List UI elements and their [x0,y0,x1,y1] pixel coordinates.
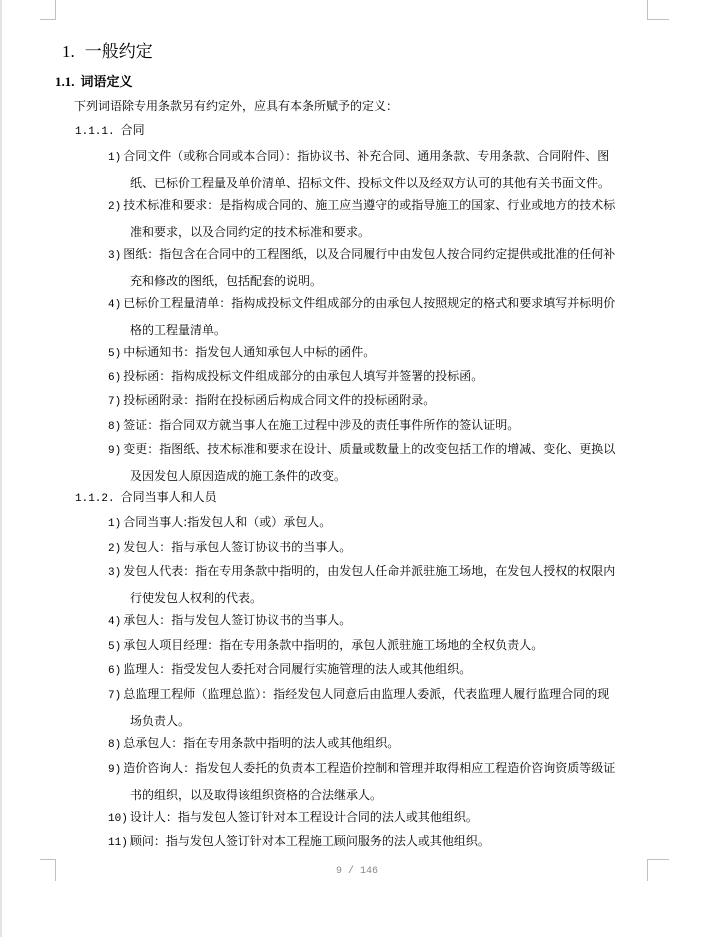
corner-mark-top-left [55,0,56,20]
item-text: 签证：指合同双方就当事人在施工过程中涉及的责任事件所作的签认证明。 [123,418,519,432]
list-item: 3)图纸：指包含在合同中的工程图纸，以及合同履行中由发包人按合同约定提供或批准的… [108,242,648,293]
item-text-continued: 行使发包人权利的代表。 [108,586,648,611]
page-left-border [0,0,2,937]
list-item: 6)投标函：指构成投标文件组成部分的由承包人填写并签署的投标函。 [108,364,648,391]
item-number: 6) [108,372,121,384]
item-text: 技术标准和要求：是指构成合同的、施工应当遵守的或指导施工的国家、行业或地方的技术… [123,198,615,212]
heading-2: 1.1.词语定义 [55,72,133,93]
item-text: 投标函附录：指附在投标函后构成合同文件的投标函附录。 [123,393,435,407]
item-text-continued: 充和修改的图纸，包括配套的说明。 [108,269,648,294]
item-number: 9) [108,445,121,457]
list-item: 8)签证：指合同双方就当事人在施工过程中涉及的责任事件所作的签认证明。 [108,413,648,440]
section-number: 1.1.2. [75,493,115,505]
item-number: 5) [108,348,121,360]
list-item: 10)设计人：指与发包人签订针对本工程设计合同的法人或其他组织。 [108,805,648,832]
item-text-continued: 格的工程量清单。 [108,318,648,343]
list-item: 2)发包人：指与承包人签订协议书的当事人。 [108,535,648,562]
item-number: 3) [108,567,121,579]
item-number: 1) [108,518,121,530]
item-number: 11) [108,837,128,849]
heading-2-title: 词语定义 [81,75,133,90]
item-number: 8) [108,739,121,751]
item-text: 承包人：指与发包人签订协议书的当事人。 [123,613,351,627]
heading-3-contract: 1.1.1.合同 [75,120,145,142]
list-item: 5)承包人项目经理：指在专用条款中指明的，承包人派驻施工场地的全权负责人。 [108,633,648,660]
heading-1-number: 1. [62,42,75,61]
item-number: 6) [108,665,121,677]
list-item: 9)变更：指图纸、技术标准和要求在设计、质量或数量上的改变包括工作的增减、变化、… [108,437,648,488]
item-number: 7) [108,396,121,408]
item-text: 顾问：指与发包人签订针对本工程施工顾问服务的法人或其他组织。 [130,834,490,848]
item-text: 图纸：指包含在合同中的工程图纸，以及合同履行中由发包人按合同约定提供或批准的任何… [123,247,615,261]
item-text: 总承包人：指在专用条款中指明的法人或其他组织。 [123,736,399,750]
list-item: 1)合同当事人:指发包人和（或）承包人。 [108,510,648,537]
section-title: 合同当事人和人员 [121,490,217,504]
item-number: 9) [108,764,121,776]
item-number: 7) [108,690,121,702]
page-indicator: 9 / 146 [0,866,714,877]
item-text-continued: 准和要求，以及合同约定的技术标准和要求。 [108,220,648,245]
item-text: 监理人：指受发包人委托对合同履行实施管理的法人或其他组织。 [123,662,471,676]
list-item: 4)承包人：指与发包人签订协议书的当事人。 [108,608,648,635]
list-item: 8)总承包人：指在专用条款中指明的法人或其他组织。 [108,731,648,758]
intro-paragraph: 下列词语除专用条款另有约定外，应具有本条所赋予的定义： [74,96,398,116]
item-text: 投标函：指构成投标文件组成部分的由承包人填写并签署的投标函。 [123,369,483,383]
list-item: 11)顾问：指与发包人签订针对本工程施工顾问服务的法人或其他组织。 [108,829,648,856]
item-text-continued: 书的组织，以及取得该组织资格的合法继承人。 [108,783,648,808]
item-number: 4) [108,616,121,628]
heading-1: 1.一般约定 [62,40,153,64]
item-text-continued: 场负责人。 [108,709,648,734]
corner-mark-top-left [40,19,56,20]
heading-3-parties: 1.1.2.合同当事人和人员 [75,487,217,509]
heading-1-title: 一般约定 [85,42,153,62]
corner-mark-top-right [647,19,669,20]
item-number: 4) [108,299,121,311]
list-item: 7)投标函附录：指附在投标函后构成合同文件的投标函附录。 [108,388,648,415]
item-text: 已标价工程量清单：指构成投标文件组成部分的由承包人按照规定的格式和要求填写并标明… [123,296,615,310]
item-text: 变更：指图纸、技术标准和要求在设计、质量或数量上的改变包括工作的增减、变化、更换… [123,442,615,456]
item-number: 3) [108,250,121,262]
item-number: 1) [108,152,121,164]
item-number: 2) [108,201,121,213]
list-item: 2)技术标准和要求：是指构成合同的、施工应当遵守的或指导施工的国家、行业或地方的… [108,193,648,244]
corner-mark-top-right [647,0,648,20]
list-item: 4)已标价工程量清单：指构成投标文件组成部分的由承包人按照规定的格式和要求填写并… [108,291,648,342]
item-number: 5) [108,641,121,653]
section-title: 合同 [121,123,145,137]
item-text: 合同当事人:指发包人和（或）承包人。 [123,515,331,529]
list-item: 9)造价咨询人：指发包人委托的负责本工程造价控制和管理并取得相应工程造价咨询资质… [108,756,648,807]
item-number: 8) [108,421,121,433]
item-text: 造价咨询人：指发包人委托的负责本工程造价控制和管理并取得相应工程造价咨询资质等级… [123,761,615,775]
list-item: 3)发包人代表：指在专用条款中指明的，由发包人任命并派驻施工场地，在发包人授权的… [108,559,648,610]
list-item: 7)总监理工程师（监理总监）：指经发包人同意后由监理人委派，代表监理人履行监理合… [108,682,648,733]
item-number: 2) [108,543,121,555]
corner-mark-bottom-left [40,859,56,860]
corner-mark-bottom-right [647,859,669,860]
heading-2-number: 1.1. [55,74,75,89]
item-text: 发包人：指与承包人签订协议书的当事人。 [123,540,351,554]
section-number: 1.1.1. [75,126,115,138]
item-text: 合同文件（或称合同或本合同）：指协议书、补充合同、通用条款、专用条款、合同附件、… [123,149,609,163]
item-text-continued: 及因发包人原因造成的施工条件的改变。 [108,464,648,489]
item-number: 10) [108,813,128,825]
list-item: 1)合同文件（或称合同或本合同）：指协议书、补充合同、通用条款、专用条款、合同附… [108,144,648,195]
item-text: 承包人项目经理：指在专用条款中指明的，承包人派驻施工场地的全权负责人。 [123,638,543,652]
item-text: 中标通知书：指发包人通知承包人中标的函件。 [123,345,375,359]
item-text: 发包人代表：指在专用条款中指明的，由发包人任命并派驻施工场地，在发包人授权的权限… [123,564,615,578]
item-text: 总监理工程师（监理总监）：指经发包人同意后由监理人委派，代表监理人履行监理合同的… [123,687,609,701]
item-text: 设计人：指与发包人签订针对本工程设计合同的法人或其他组织。 [130,810,478,824]
list-item: 6)监理人：指受发包人委托对合同履行实施管理的法人或其他组织。 [108,657,648,684]
list-item: 5)中标通知书：指发包人通知承包人中标的函件。 [108,340,648,367]
item-text-continued: 纸、已标价工程量及单价清单、招标文件、投标文件以及经双方认可的其他有关书面文件。 [108,171,648,196]
